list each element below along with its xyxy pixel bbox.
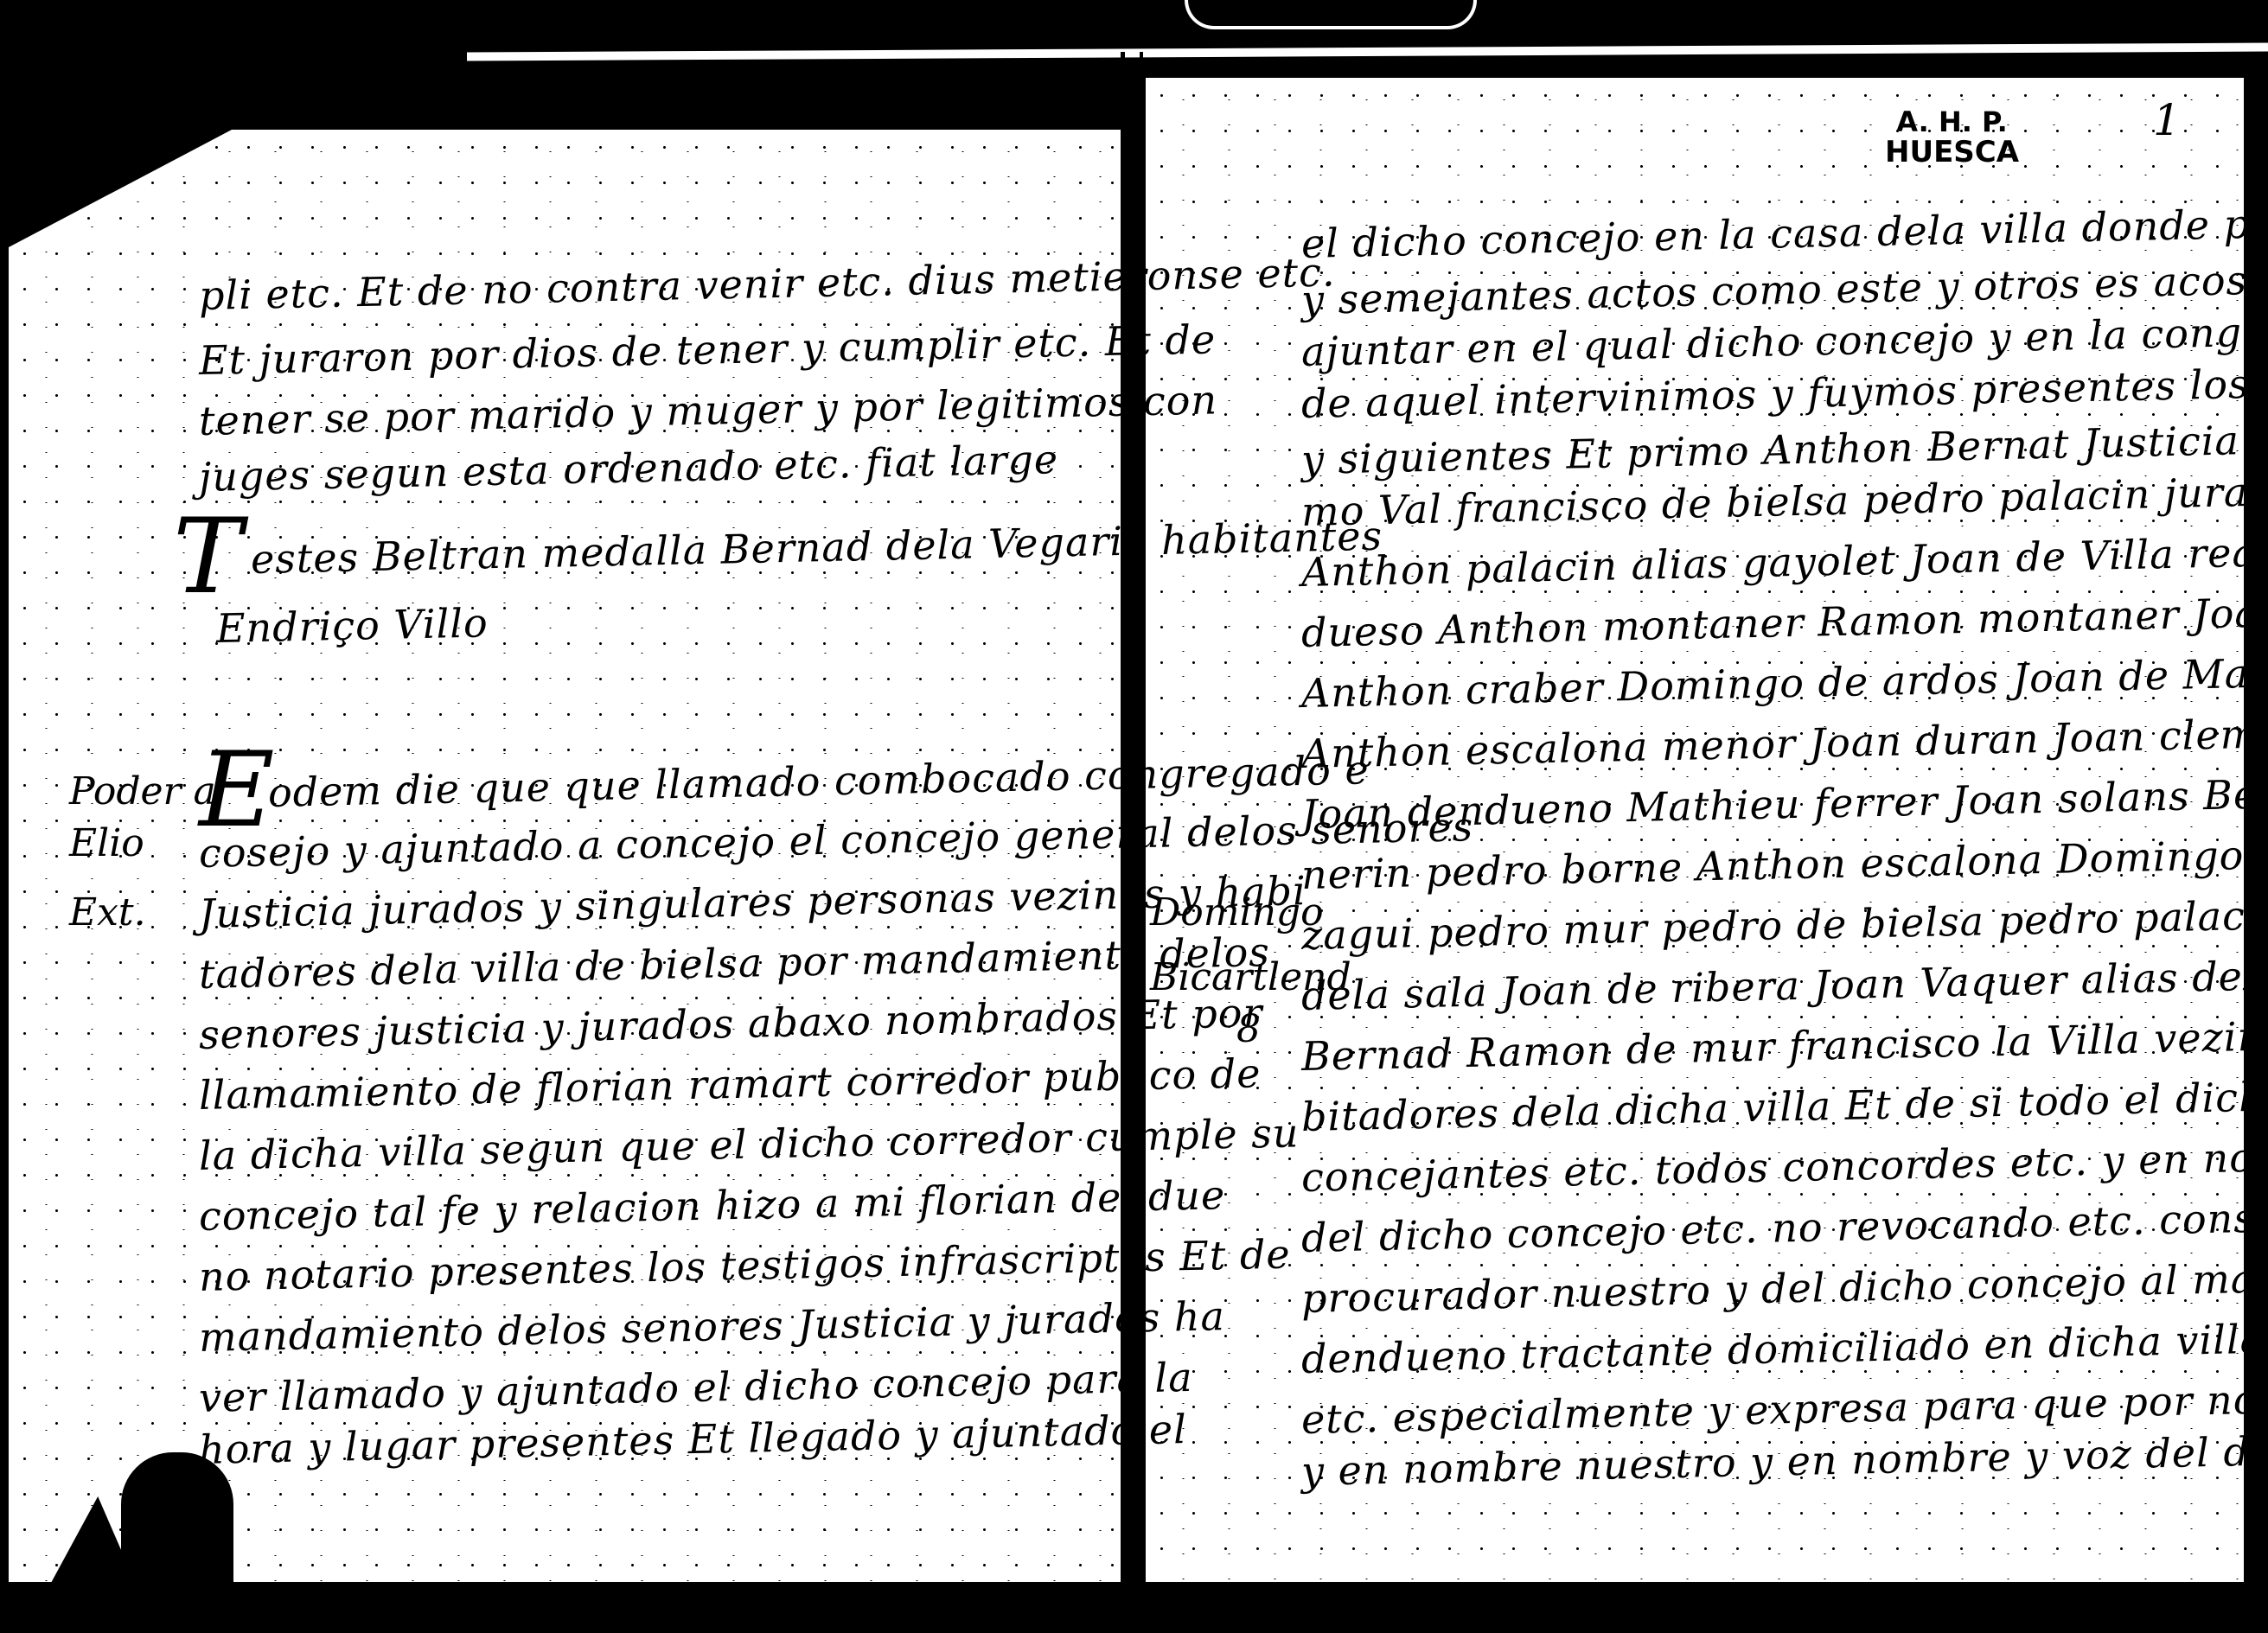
margin-note: Poder a: [69, 769, 216, 813]
archive-stamp: A. H. P. HUESCA: [1885, 108, 2019, 168]
book-clasp-outline: [1185, 0, 1477, 29]
right-margin-note: 8: [1236, 1007, 1261, 1051]
margin-note: Ext.: [69, 890, 146, 935]
right-margin-note: Bicartlend: [1150, 955, 1351, 999]
right-margin-note: Domingo: [1150, 890, 1324, 935]
drop-initial: T: [173, 497, 242, 617]
folio-mark: 1: [2153, 95, 2181, 145]
stamp-line-2: HUESCA: [1885, 137, 2019, 169]
scan-bottom-border: [0, 1582, 2268, 1633]
stamp-line-1: A. H. P.: [1885, 108, 2019, 137]
margin-note: Elio: [69, 821, 144, 865]
left-line: Endriço Villo: [215, 599, 489, 652]
